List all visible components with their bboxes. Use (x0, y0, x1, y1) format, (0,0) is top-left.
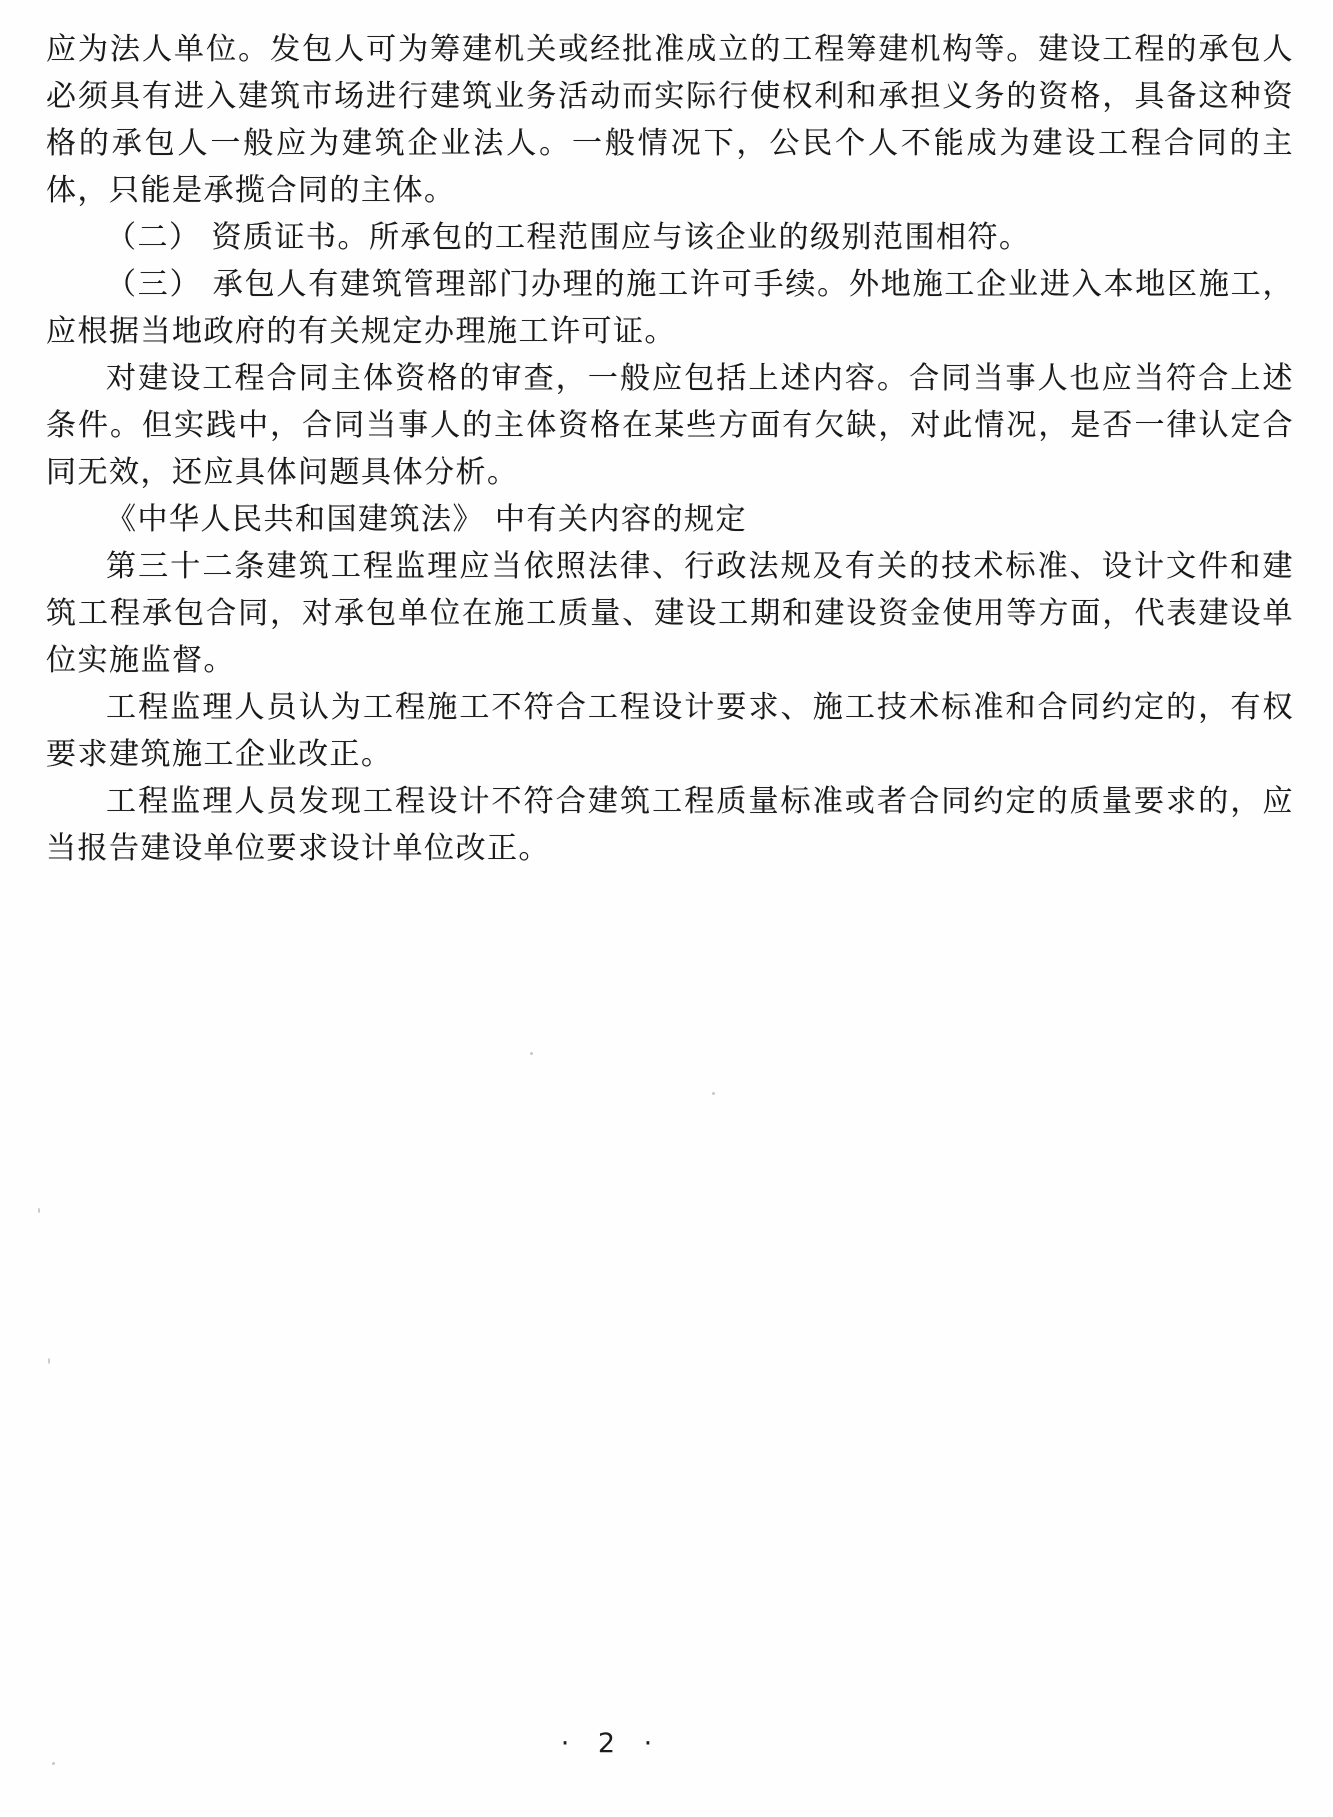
scanned-document-page: 应为法人单位。发包人可为筹建机关或经批准成立的工程筹建机构等。建设工程的承包人必… (0, 0, 1333, 1817)
paragraph-subject-review: 对建设工程合同主体资格的审查，一般应包括上述内容。合同当事人也应当符合上述条件。… (46, 355, 1294, 496)
paragraph-item-3: （三） 承包人有建筑管理部门办理的施工许可手续。外地施工企业进入本地区施工，应根… (46, 261, 1294, 355)
scan-speckle (38, 1208, 40, 1213)
paragraph-item-2: （二） 资质证书。所承包的工程范围应与该企业的级别范围相符。 (46, 214, 1294, 261)
scan-speckle (530, 1052, 533, 1055)
page-number: · 2 · (0, 1728, 1223, 1759)
scan-speckle (52, 1762, 55, 1765)
scan-speckle (712, 1092, 715, 1095)
paragraph-supervisor-design: 工程监理人员发现工程设计不符合建筑工程质量标准或者合同约定的质量要求的，应当报告… (46, 778, 1294, 872)
document-body-text: 应为法人单位。发包人可为筹建机关或经批准成立的工程筹建机构等。建设工程的承包人必… (46, 26, 1294, 872)
scan-speckle (48, 1358, 50, 1364)
paragraph-continuation: 应为法人单位。发包人可为筹建机关或经批准成立的工程筹建机构等。建设工程的承包人必… (46, 26, 1294, 214)
paragraph-law-heading: 《中华人民共和国建筑法》 中有关内容的规定 (46, 496, 1294, 543)
paragraph-article-32: 第三十二条建筑工程监理应当依照法律、行政法规及有关的技术标准、设计文件和建筑工程… (46, 543, 1294, 684)
paragraph-supervisor-construction: 工程监理人员认为工程施工不符合工程设计要求、施工技术标准和合同约定的，有权要求建… (46, 684, 1294, 778)
